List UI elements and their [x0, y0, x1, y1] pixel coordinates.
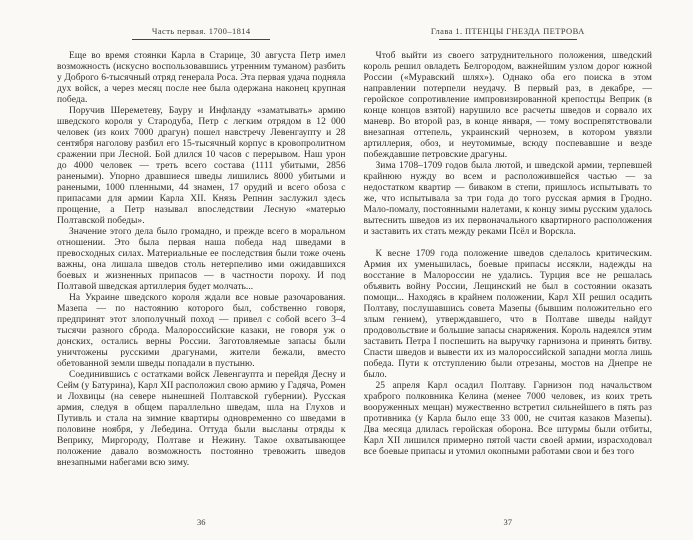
- paragraph: Соединившись с остатками войск Левенгауп…: [57, 370, 346, 469]
- paragraph: Еще во время стоянки Карла в Старице, 30…: [57, 51, 346, 106]
- book-spread: Часть первая. 1700–1814 Еще во время сто…: [0, 0, 693, 540]
- paragraph: Зима 1708–1709 годов была лютой, и шведс…: [364, 161, 653, 238]
- paragraph: Чтоб выйти из своего затруднительного по…: [364, 51, 653, 161]
- header-rule-right: [439, 39, 577, 40]
- section-break: [364, 238, 653, 249]
- paragraph: К весне 1709 года положение шведов сдела…: [364, 249, 653, 381]
- page-body-left: Еще во время стоянки Карла в Старице, 30…: [57, 51, 346, 469]
- page-number-left: 36: [57, 517, 346, 540]
- running-head-left: Часть первая. 1700–1814: [57, 26, 346, 40]
- paragraph: Значение этого дела было громадно, и пре…: [57, 227, 346, 293]
- page-body-right: Чтоб выйти из своего затруднительного по…: [364, 51, 653, 458]
- page-left: Часть первая. 1700–1814 Еще во время сто…: [57, 26, 346, 540]
- paragraph: 25 апреля Карл осадил Полтаву. Гарнизон …: [364, 381, 653, 458]
- page-number-right: 37: [364, 517, 653, 540]
- part-title: Часть первая. 1700–1814: [150, 26, 253, 39]
- chapter-title: Глава 1. ПТЕНЦЫ ГНЕЗДА ПЕТРОВА: [429, 26, 587, 39]
- paragraph: На Украине шведского короля ждали все но…: [57, 293, 346, 370]
- page-right: Глава 1. ПТЕНЦЫ ГНЕЗДА ПЕТРОВА Чтоб выйт…: [364, 26, 653, 540]
- running-head-right: Глава 1. ПТЕНЦЫ ГНЕЗДА ПЕТРОВА: [364, 26, 653, 40]
- header-rule-left: [132, 39, 270, 40]
- paragraph: Поручив Шереметеву, Бауру и Инфланду «за…: [57, 106, 346, 227]
